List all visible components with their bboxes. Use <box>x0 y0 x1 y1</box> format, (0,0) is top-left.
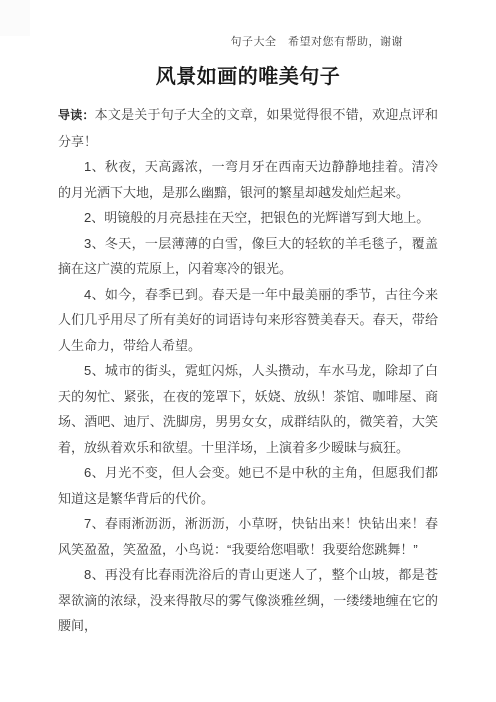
body-paragraph-4: 4、如今，春季已到。春天是一年中最美丽的季节，古往今来人们几乎用尽了所有美好的词… <box>58 282 438 359</box>
body-paragraph-7: 7、春雨淅沥沥，淅沥沥，小草呀，快钻出来！快钻出来！春风笑盈盈，笑盈盈，小鸟说：… <box>58 511 438 562</box>
body-paragraph-3: 3、冬天，一层薄薄的白雪，像巨大的轻软的羊毛毯子，覆盖摘在这广漠的荒原上，闪着寒… <box>58 231 438 282</box>
body-paragraph-6: 6、月光不变，但人会变。她已不是中秋的主角，但愿我们都知道这是繁华背后的代价。 <box>58 460 438 511</box>
intro-paragraph: 导读：本文是关于句子大全的文章，如果觉得很不错，欢迎点评和分享！ <box>58 102 438 154</box>
intro-text: 本文是关于句子大全的文章，如果觉得很不错，欢迎点评和分享！ <box>58 107 438 149</box>
intro-label: 导读： <box>58 108 95 122</box>
body-paragraph-5: 5、城市的街头，霓虹闪烁，人头攒动，车水马龙，除却了白天的匆忙、紧张，在夜的笼罩… <box>58 358 438 460</box>
page-title: 风景如画的唯美句子 <box>0 60 496 89</box>
body-paragraph-8: 8、再没有比春雨洗浴后的青山更迷人了，整个山坡，都是苍翠欲滴的浓绿，没来得散尽的… <box>58 562 438 639</box>
document-body: 导读：本文是关于句子大全的文章，如果觉得很不错，欢迎点评和分享！ 1、秋夜，天高… <box>58 102 438 639</box>
scan-artifact <box>0 0 30 36</box>
body-paragraph-2: 2、明镜般的月亮悬挂在天空，把银色的光辉谱写到大地上。 <box>58 205 438 231</box>
body-paragraph-1: 1、秋夜，天高露浓，一弯月牙在西南天边静静地挂着。清冷的月光洒下大地，是那么幽黯… <box>58 154 438 205</box>
header-note: 句子大全 希望对您有帮助，谢谢 <box>0 0 496 49</box>
